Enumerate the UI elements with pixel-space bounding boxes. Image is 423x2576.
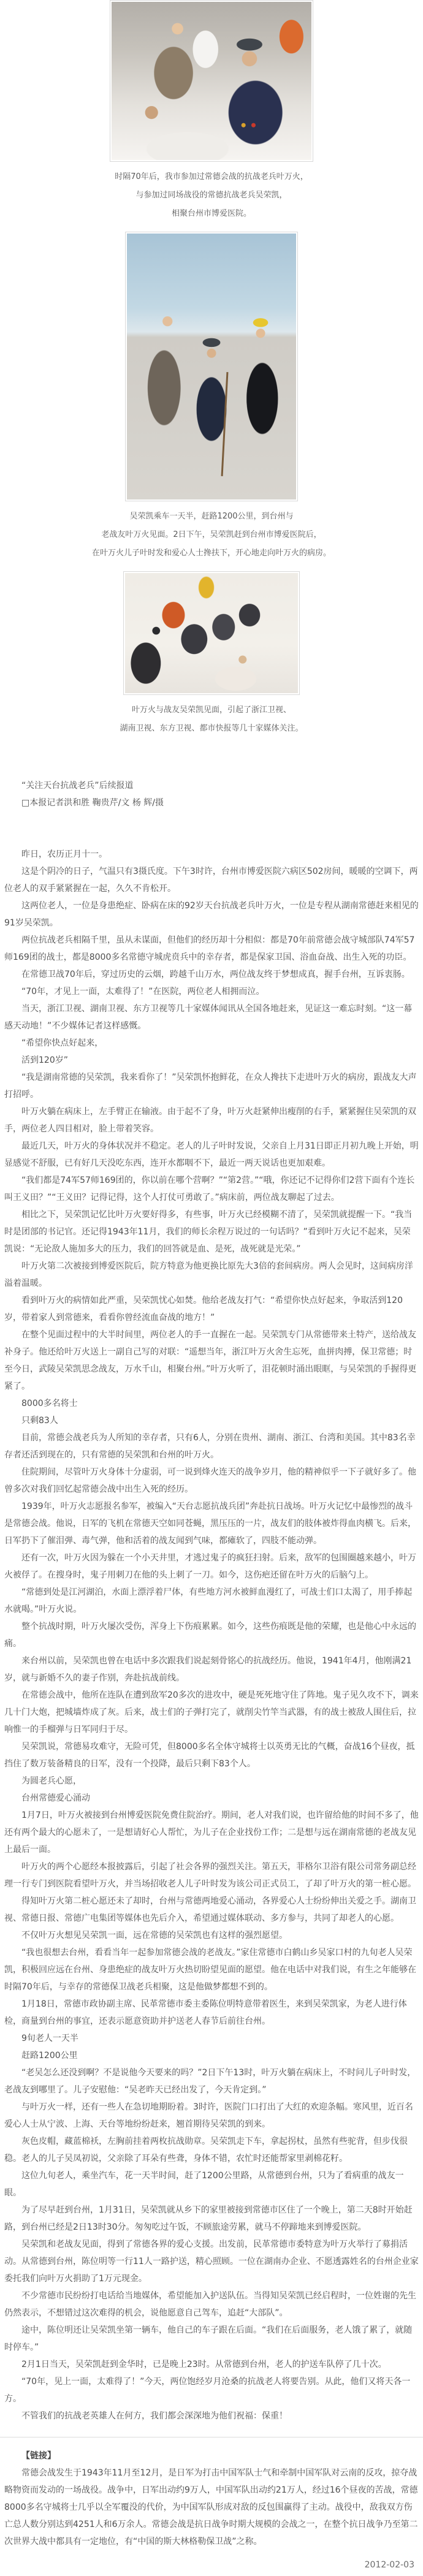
article-block-p: 在常德卫战70年后，穿过历史的云烟，跨越千山万水，两位战友终于梦想成真，握手台州… [4,966,419,983]
section-divider [0,2437,423,2437]
article-block-p: 相比之下，吴荣凯记忆比叶万火要好得多，有些事，叶万火已经模糊不清了，吴荣凯就提醒… [4,1206,419,1258]
article-block-p: 2月1日当天，吴荣凯赶到金华时，已是晚上23时。从常德到台州，老人的护送车队停了… [4,2356,419,2373]
photo-frame [125,232,298,501]
article-block-p: 叶万火的两个心愿经本报披露后，引起了社会各界的强烈关注。第五天，菲格尔卫浴有限公… [4,1858,419,1893]
article-block-p: 1月18日，常德市政协副主席、民革常德市委主委陈位明特意带着医生，来到吴荣凯家，… [4,1996,419,2030]
article-block-p: 不少常德市民纷纷打电话给当地媒体，希望能加入护送队伍。当得知吴荣凯已经启程时，一… [4,2287,419,2322]
article-block-p: 叶万火躺在病床上，左手臂正在输液。由于起不了身，叶万火赶紧伸出瘦削的右手，紧紧握… [4,1103,419,1138]
photo-caption-hospital-reunion: 时隔70年后，我市参加过常德会战的抗战老兵叶万火， 与参加过同场战役的常德抗战老… [7,168,416,223]
article-block-p: “我也很想去台州，看看当年一起参加常德会战的老战友。”家住常德市白鹤山乡吴家口村… [4,1944,419,1996]
article-block-p: “70年，见上一面，太难得了！”今天，两位饱经岁月沧桑的抗战老人将要告别。从此，… [4,2373,419,2407]
photo-media-crowd [125,573,298,693]
article-block-subhead: 8000多名将士 只剩83人 [4,1395,419,1429]
article-block-p: 最近几天，叶万火的身体状况并不稳定。老人的儿子叶时发说，父亲自上月31日即正月初… [4,1138,419,1172]
article-block-p: 两位抗战老兵相隔千里，虽从未谋面，但他们的经历却十分相似：都是70年前常德会战守… [4,932,419,966]
article-block-p: 叶万火第二次被接到博爱医院后，院方特意为他更换比原先大3倍的套间病房。两人会见时… [4,1258,419,1292]
article-block-p: 目前，常德会战老兵为人所知的幸存者，只有6人，分别在贵州、湖南、浙江、台湾和美国… [4,1429,419,1464]
article-block-p: 来台州以前，吴荣凯也曾在电话中多次跟我们说起刻骨铭心的抗战经历。他说，1941年… [4,1652,419,1687]
article-block-subhead: 9旬老人一天半 赶路1200公里 [4,2030,419,2064]
article-block-p: “常德到处是江河湖泊，水面上漂浮着尸体，有些地方河水被鲜血漫红了，可战士们口太渴… [4,1584,419,1618]
photo-frame [123,571,300,695]
article-body: “关注天台抗战老兵”后续报道□本报记者洪和胜 鞠贵芹/文 杨 辉/摄昨日，农历正… [4,777,419,2425]
article-block-p: 不仅叶万火想见吴荣凯一面，远在常德的吴荣凯也有这样的强烈愿望。 [4,1927,419,1944]
article-block-p: 在常德会战中，他所在连队在遭到敌军20多次的进攻中，硬是死死地守住了阵地。鬼子见… [4,1687,419,1738]
photo-block-media: 叶万火与战友吴荣凯见面，引起了浙江卫视、 湖南卫视、东方卫视、都市快报等几十家媒… [0,571,423,738]
photo-frame [110,0,313,162]
article-block-p: 得知叶万火第二桩心愿还未了却时，台州与常德两地爱心涌动，各界爱心人士纷纷伸出关爱… [4,1893,419,1927]
article-block-subhead: 为圆老兵心愿， 台州常德爱心涌动 [4,1772,419,1807]
article-page: 时隔70年后，我市参加过常德会战的抗战老兵叶万火， 与参加过同场战役的常德抗战老… [0,0,423,2570]
article-block-p: “老吴怎么还没到啊？不是说他今天要来的吗？”2日下午13时，叶万火躺在病床上，不… [4,2064,419,2099]
article-block-p: 吴荣凯说，常德易攻难守，无险可凭，但8000多名全体守城将士以英勇无比的气概，奋… [4,1738,419,1772]
article-block-p: 在整个见面过程中的大半时间里，两位老人的手一直握在一起。吴荣凯专门从常德带来土特… [4,1326,419,1395]
article-block-p: “我们都是74军57师169团的，你以前在哪个营啊？”“第2营。”“哦，你还记不… [4,1172,419,1206]
article-block-p: “70年，才见上一面，太难得了！”在医院，两位老人相拥而泣。 [4,983,419,1000]
article-block-p: 这两位老人，一位是身患绝症、卧病在床的92岁天台抗战老兵叶万火，一位是专程从湖南… [4,897,419,932]
article-block-p: 灰色皮帽，藏蓝棉袄，左胸前挂着两枚抗战勋章。吴荣凯走下车，拿起拐杖，虽然有些驼背… [4,2133,419,2167]
article-block-p: 整个抗战时期，叶万火屡次受伤，浑身上下伤痕累累。如今，这些伤痕既是他的荣耀，也是… [4,1618,419,1652]
link-section-title: 【链接】 [4,2447,419,2464]
article-block-p: 吴荣凯和老战友见面，得到了常德各界的爱心支援。出发前，民革常德市委特意为叶万火举… [4,2236,419,2287]
article-block-p: 这是个阴冷的日子，气温只有3摄氏度。下午3时许，台州市博爱医院六病区502房间，… [4,863,419,897]
article-block-p: 当天，浙江卫视、湖南卫视、东方卫视等几十家媒体闻讯从全国各地赶来，见证这一难忘时… [4,1000,419,1035]
article-block-series: “关注天台抗战老兵”后续报道 [4,777,419,794]
article-block-p: 与叶万火一样，还有一些人在急切地期盼着。3时许，医院门口打出了大红的欢迎条幅。寒… [4,2099,419,2133]
article-block-p: “我是湖南常德的吴荣凯，我来看你了！”吴荣凯怀抱鲜花，在众人搀扶下走进叶万火的病… [4,1069,419,1103]
photo-block-hospital-reunion: 时隔70年后，我市参加过常德会战的抗战老兵叶万火， 与参加过同场战役的常德抗战老… [0,0,423,223]
photo-hospital-reunion [112,2,311,160]
article-block-p: 昨日，农历正月十一。 [4,846,419,863]
article-block-p: 为了尽早赶到台州，1月31日，吴荣凯就从乡下的家里被接到常德市区住了一个晚上，第… [4,2202,419,2236]
article-block-p: 住院期间，尽管叶万火身体十分虚弱，可一说到烽火连天的战争岁月，他的精神似乎一下子… [4,1464,419,1498]
article-block-p: 看到叶万火的病情如此严重，吴荣凯忧心如焚。他给老战友打气：“希望你快点好起来，争… [4,1292,419,1326]
article-block-p: 不管我们的抗战老英雄人在何方，我们都会深深地为他们祝福：保重！ [4,2407,419,2425]
article-block-p: 还有一次，叶万火因为躲在一个小天井里，才逃过鬼子的疯狂扫射。后来，敌军的包围圈越… [4,1549,419,1584]
article-block-subhead: “希望你快点好起来， 活到120岁” [4,1035,419,1069]
link-section-text: 常德会战发生于1943年11月至12月，是日军为打击中国军队士气和牵制中国军队对… [4,2464,419,2550]
article-block-byline: □本报记者洪和胜 鞠贵芹/文 杨 辉/摄 [4,794,419,811]
photo-caption-media: 叶万火与战友吴荣凯见面，引起了浙江卫视、 湖南卫视、东方卫视、都市快报等几十家媒… [7,701,416,738]
photo-caption-arrival: 吴荣凯乘车一天半，赶路1200公里，到台州与 老战友叶万火见面。2日下午，吴荣凯… [7,507,416,563]
article-block-p: 1939年，叶万火志愿报名参军，被编入“天台志愿抗战兵团”奔赴抗日战场。叶万火记… [4,1498,419,1549]
photo-veteran-arrival [127,234,296,500]
article-block-p: 途中，陈位明还让吴荣凯坐第一辆车，他自己的车子跟在后面。“我们在后面服务，老人饿… [4,2322,419,2356]
publication-date: 2012-02-03 [0,2560,414,2570]
article-block-p: 1月7日，叶万火被接到台州博爱医院免费住院治疗。期间，老人对我们说，也许留给他的… [4,1807,419,1858]
article-block-p: 这位九旬老人，乘坐汽车，花一天半时间，赶了1200公里路，从常德到台州，只为了看… [4,2167,419,2202]
photo-block-arrival: 吴荣凯乘车一天半，赶路1200公里，到台州与 老战友叶万火见面。2日下午，吴荣凯… [0,232,423,563]
